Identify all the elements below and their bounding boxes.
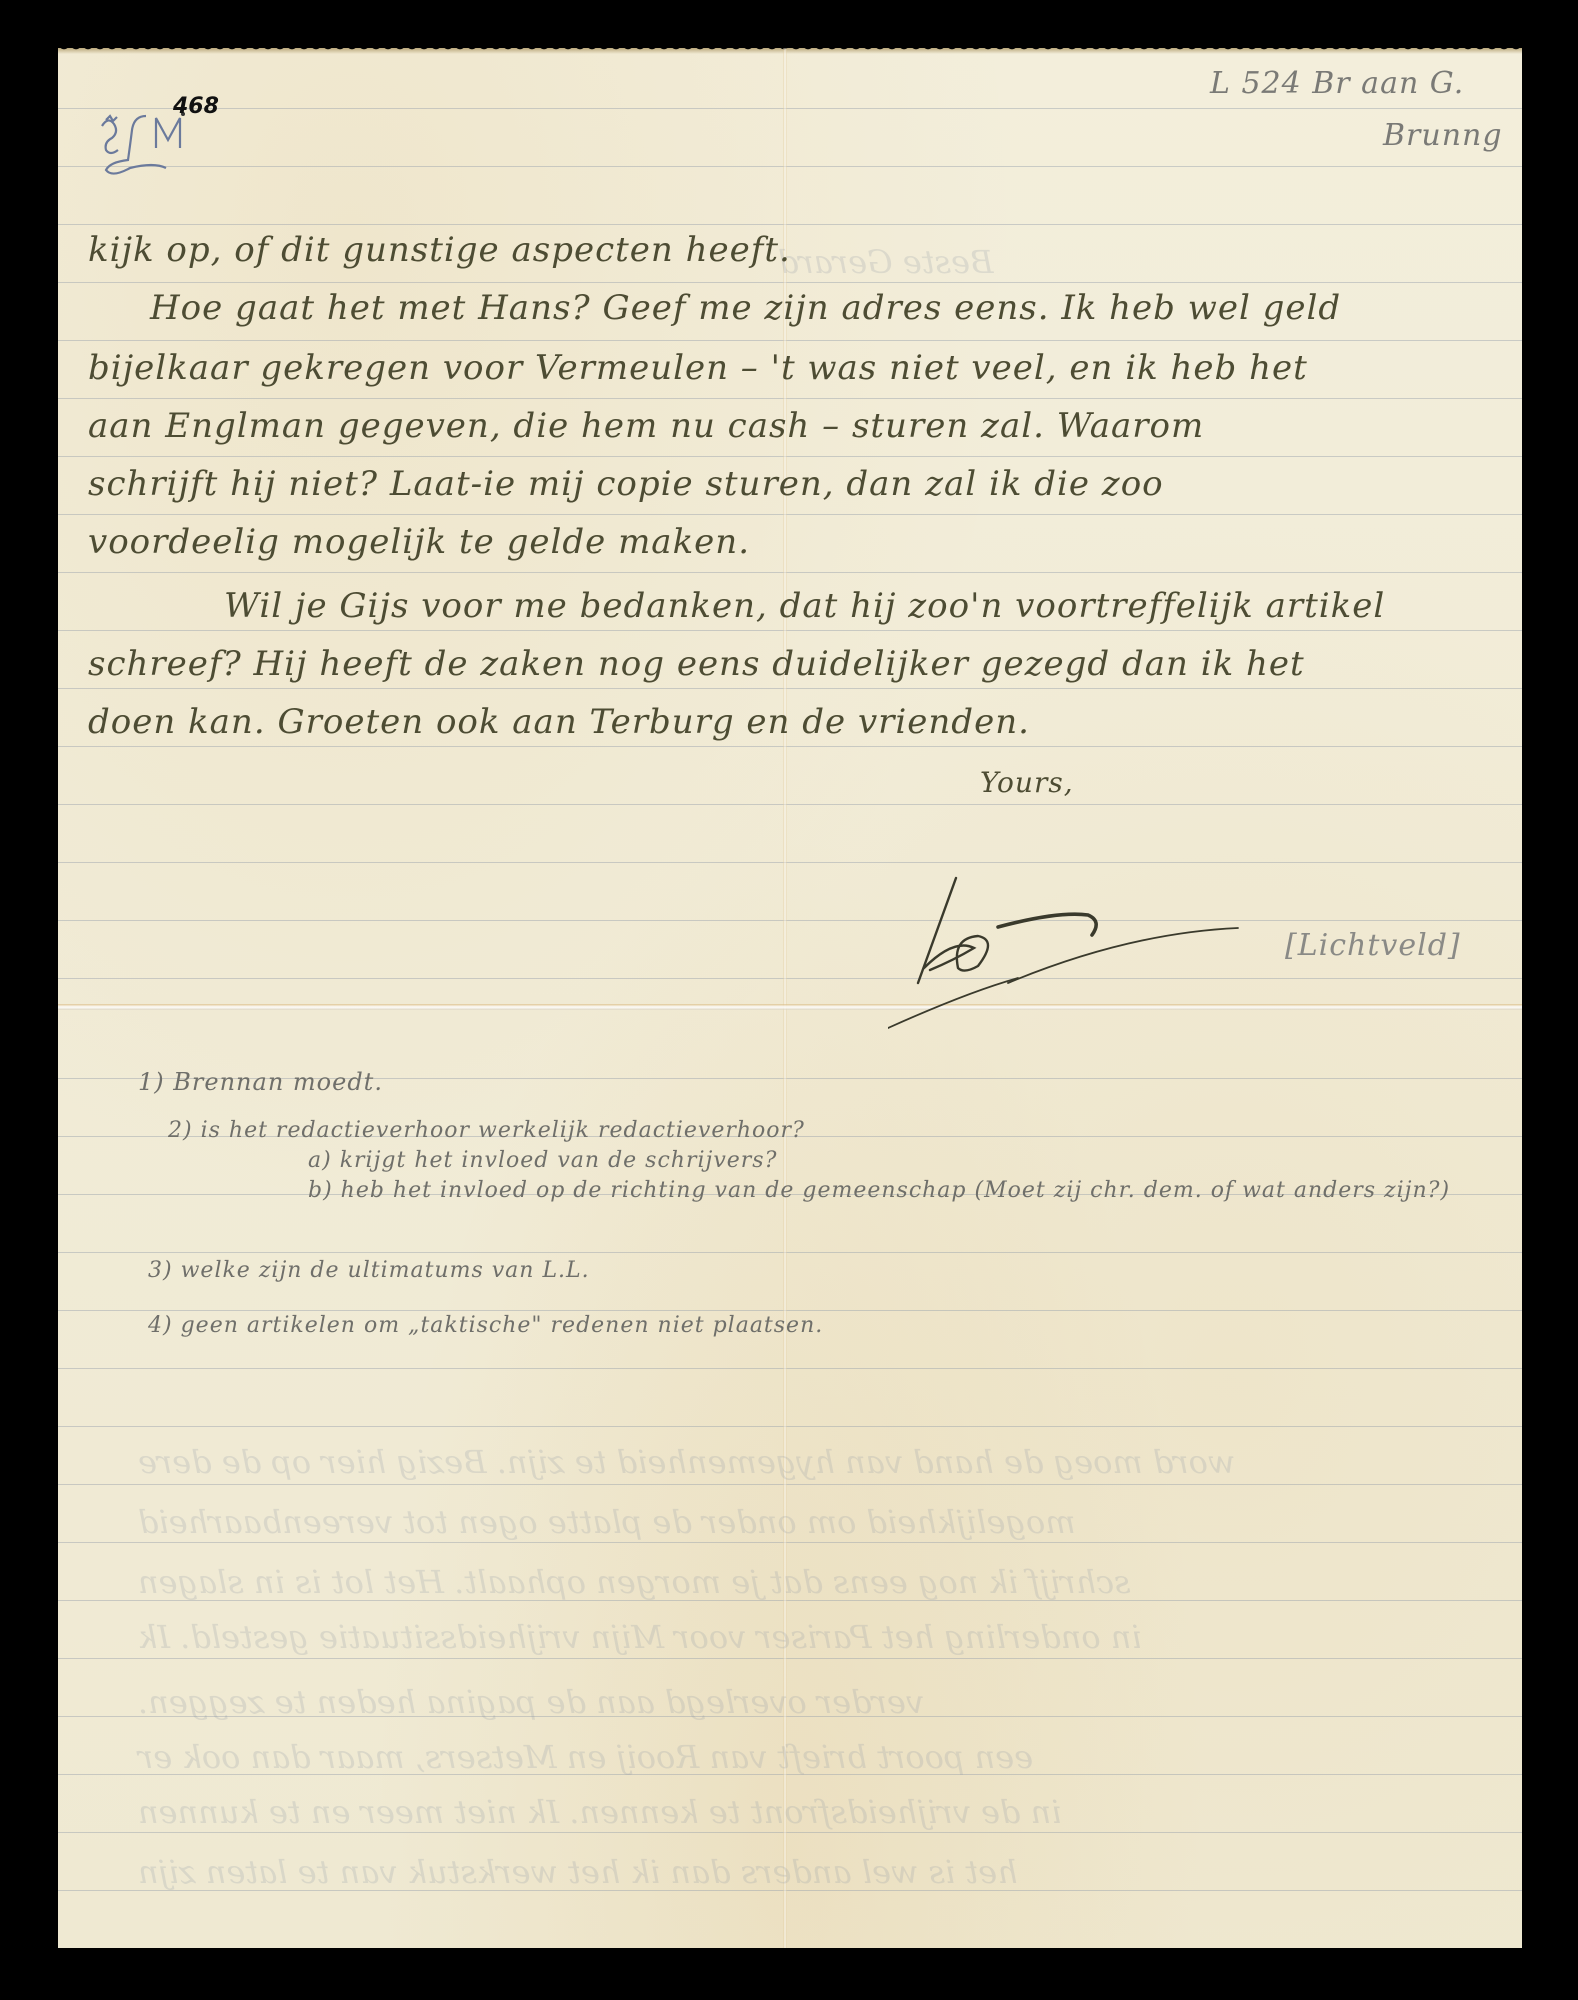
letter-line-1: kijk op, of dit gunstige aspecten heeft.: [88, 230, 791, 270]
ruled-line: [58, 514, 1522, 515]
bleed-through-text: word moeg de hand van hygemenheid te zij…: [138, 1443, 1235, 1481]
signature-attribution: [Lichtveld]: [1285, 928, 1461, 963]
ruled-line: [58, 1426, 1522, 1427]
letter-line-9: doen kan. Groeten ook aan Terburg en de …: [88, 702, 1030, 742]
ruled-line: [58, 1832, 1522, 1833]
letter-sheet: Beste Gerard word moeg de hand van hygem…: [58, 48, 1522, 1948]
ruled-line: [58, 1368, 1522, 1369]
note-number: a): [308, 1148, 332, 1173]
pencil-note-3: 3) welke zijn de ultimatums van L.L.: [148, 1258, 590, 1283]
note-text: is het redactieverhoor werkelijk redacti…: [201, 1118, 805, 1143]
ruled-line: [58, 224, 1522, 225]
note-number: 2): [168, 1118, 193, 1143]
pencil-note-2a: a) krijgt het invloed van de schrijvers?: [308, 1148, 777, 1173]
bleed-through-text: Beste Gerard: [778, 243, 994, 281]
note-text: welke zijn de ultimatums van L.L.: [181, 1258, 590, 1283]
bleed-through-text: schrijf ik nog eens dat je morgen ophaal…: [138, 1563, 1131, 1601]
letter-closing: Yours,: [980, 766, 1074, 799]
bleed-through-text: in onderling het Pariser voor Mijn vrijh…: [138, 1618, 1142, 1656]
note-number: b): [308, 1178, 333, 1203]
bleed-through-text: een poort brieft van Rooij en Metsers, m…: [138, 1738, 1033, 1776]
note-suffix: (Moet zij chr. dem. of wat anders zijn?): [975, 1178, 1451, 1203]
letter-line-5: schrijft hij niet? Laat-ie mij copie stu…: [88, 464, 1164, 504]
letter-line-8: schreef? Hij heeft de zaken nog eens dui…: [88, 644, 1305, 684]
archive-note-line2: Brunng: [1383, 118, 1503, 153]
ruled-line: [58, 630, 1522, 631]
ruled-line: [58, 166, 1522, 167]
note-text: geen artikelen om „taktische" redenen ni…: [181, 1313, 824, 1338]
letter-line-2: Hoe gaat het met Hans? Geef me zijn adre…: [150, 288, 1341, 328]
ruled-line: [58, 572, 1522, 573]
letter-line-7: Wil je Gijs voor me bedanken, dat hij zo…: [224, 586, 1385, 626]
ruled-line: [58, 746, 1522, 747]
note-number: 4): [148, 1313, 173, 1338]
vertical-fold-crease: [783, 48, 787, 1948]
note-text: Brennan moedt.: [173, 1068, 383, 1096]
note-text: heb het invloed op de richting van de ge…: [341, 1178, 967, 1203]
ruled-line: [58, 862, 1522, 863]
ruled-line: [58, 282, 1522, 283]
ruled-line: [58, 1658, 1522, 1659]
note-number: 1): [138, 1068, 165, 1096]
deckle-edge: [58, 48, 1522, 54]
ruled-line: [58, 108, 1522, 109]
ruled-line: [58, 1484, 1522, 1485]
letter-line-3: bijelkaar gekregen voor Vermeulen – 't w…: [88, 348, 1308, 388]
ruled-line: [58, 688, 1522, 689]
bleed-through-text: mogelijkheid om onder de platte ogen tot…: [138, 1503, 1076, 1541]
ruled-line: [58, 1310, 1522, 1311]
bleed-through-text: in de vrijheidsfront te kennen. Ik niet …: [138, 1793, 1061, 1831]
note-number: 3): [148, 1258, 173, 1283]
signature-mark: [888, 873, 1308, 1033]
bleed-through-text: het is wel anders dan ik het werkstuk va…: [138, 1853, 1018, 1891]
ruled-line: [58, 456, 1522, 457]
archive-number: 468: [173, 94, 219, 119]
letter-line-4: aan Englman gegeven, die hem nu cash – s…: [88, 406, 1204, 446]
letter-line-6: voordeelig mogelijk te gelde maken.: [88, 522, 750, 562]
ruled-line: [58, 1542, 1522, 1543]
pencil-note-1: 1) Brennan moedt.: [138, 1068, 383, 1096]
ruled-line: [58, 1252, 1522, 1253]
ruled-line: [58, 804, 1522, 805]
archive-note-line1: L 524 Br aan G.: [1210, 66, 1464, 101]
note-text: krijgt het invloed van de schrijvers?: [340, 1148, 778, 1173]
bleed-through-text: verder overlegd aan de pagina heden te z…: [138, 1683, 924, 1721]
pencil-note-2: 2) is het redactieverhoor werkelijk reda…: [168, 1118, 805, 1143]
ruled-line: [58, 398, 1522, 399]
pencil-note-2b: b) heb het invloed op de richting van de…: [308, 1178, 1450, 1203]
ruled-line: [58, 340, 1522, 341]
pencil-note-4: 4) geen artikelen om „taktische" redenen…: [148, 1313, 823, 1338]
